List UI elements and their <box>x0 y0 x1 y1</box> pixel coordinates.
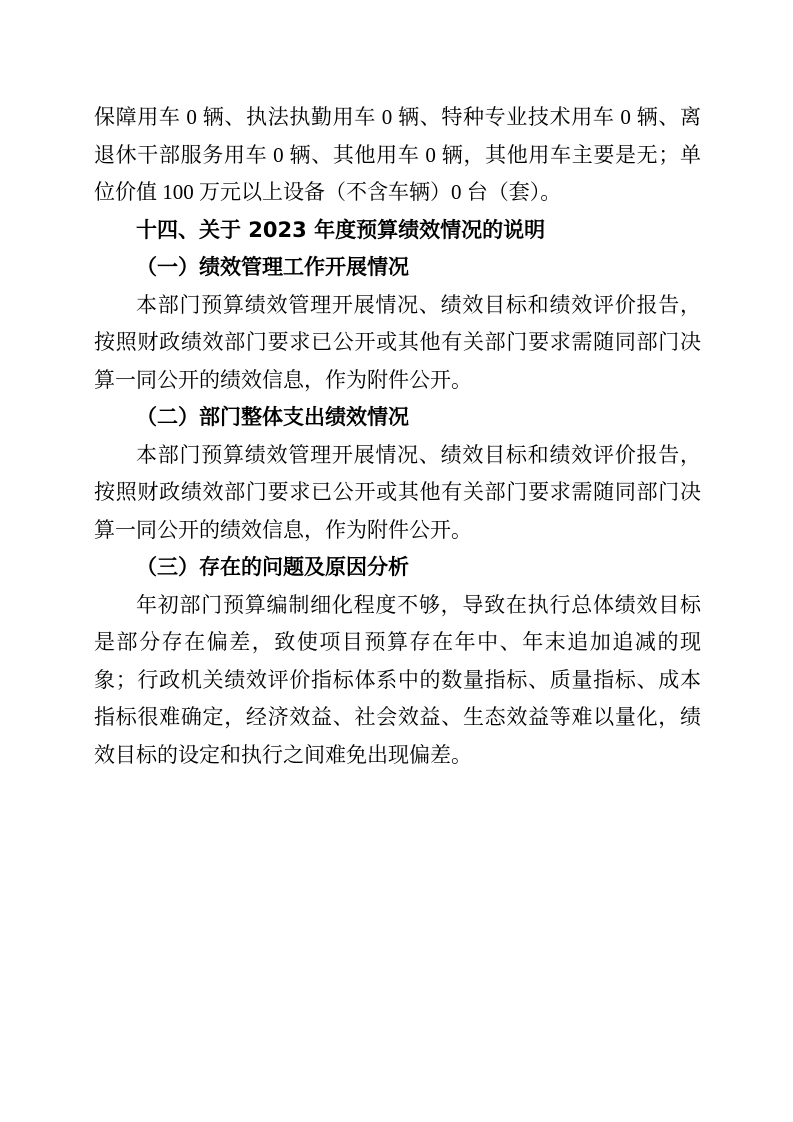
document-page: 保障用车 0 辆、执法执勤用车 0 辆、特种专业技术用车 0 辆、离退休干部服务… <box>0 0 793 1122</box>
paragraph-performance-disclosure-1: 本部门预算绩效管理开展情况、绩效目标和绩效评价报告，按照财政绩效部门要求已公开或… <box>94 287 701 400</box>
section-heading-fourteen: 十四、关于 2023 年度预算绩效情况的说明 <box>94 212 701 250</box>
paragraph-problems-and-causes: 年初部门预算编制细化程度不够，导致在执行总体绩效目标是部分存在偏差，致使项目预算… <box>94 587 701 775</box>
paragraph-performance-disclosure-2: 本部门预算绩效管理开展情况、绩效目标和绩效评价报告，按照财政绩效部门要求已公开或… <box>94 437 701 550</box>
document-content: 保障用车 0 辆、执法执勤用车 0 辆、特种专业技术用车 0 辆、离退休干部服务… <box>94 99 701 774</box>
subsection-heading-three-problems-analysis: （三）存在的问题及原因分析 <box>94 549 701 587</box>
subsection-heading-two-department-expenditure: （二）部门整体支出绩效情况 <box>94 399 701 437</box>
subsection-heading-one-performance-management: （一）绩效管理工作开展情况 <box>94 249 701 287</box>
paragraph-vehicle-equipment-continuation: 保障用车 0 辆、执法执勤用车 0 辆、特种专业技术用车 0 辆、离退休干部服务… <box>94 99 701 212</box>
